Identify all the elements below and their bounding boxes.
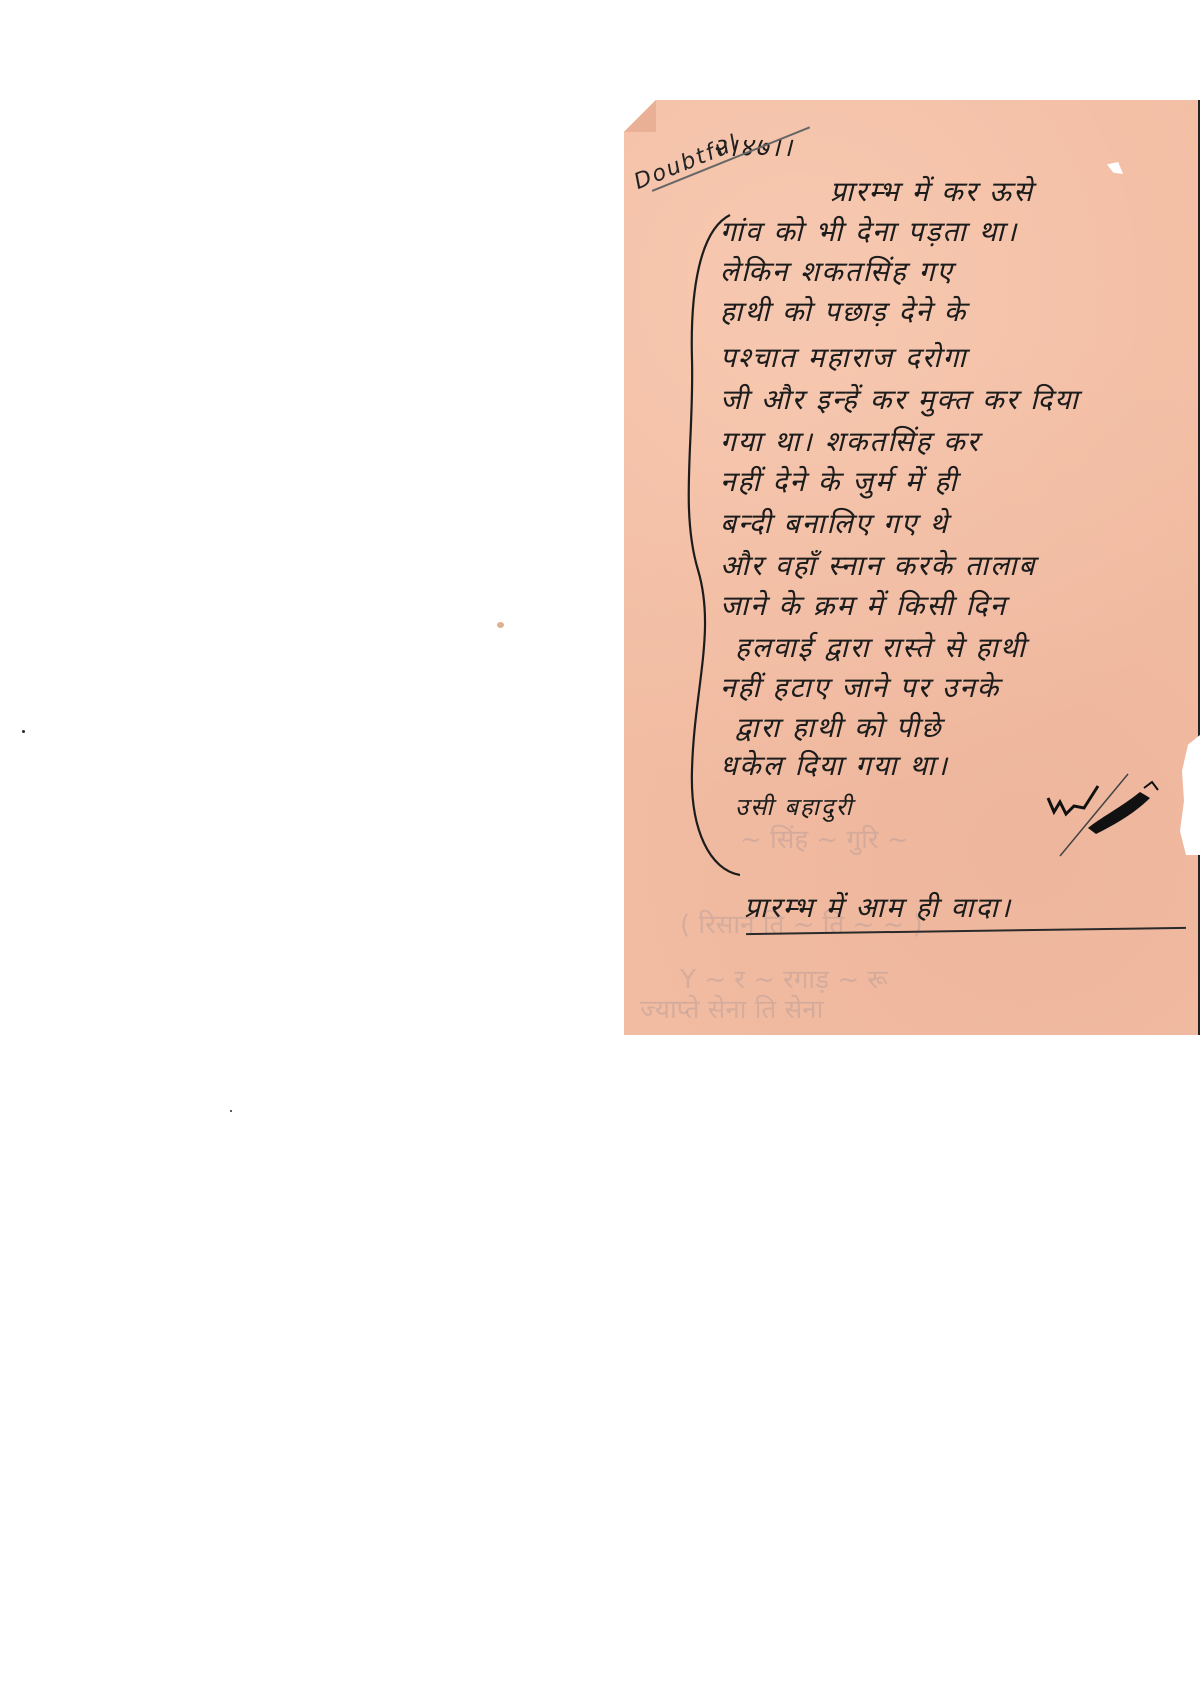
body-line: गया था। शकतसिंह कर	[720, 422, 980, 460]
body-line: लेकिन शकतसिंह गए	[720, 252, 954, 290]
body-line: उसी बहादुरी	[735, 790, 854, 823]
bleed-through-text: ~ सिंह ~ गुरि ~	[740, 820, 909, 856]
body-line: बन्दी बनालिए गए थे	[720, 504, 949, 542]
body-line: जाने के क्रम में किसी दिन	[720, 586, 1007, 624]
body-line: नहीं देने के जुर्म में ही	[720, 462, 958, 500]
closing-line: प्रारम्भ में आम ही वादा।	[744, 888, 1012, 926]
body-line: हाथी को पछाड़ देने के	[720, 292, 967, 330]
signature	[1040, 768, 1170, 858]
body-line: जी और इन्हें कर मुक्त कर दिया	[720, 380, 1080, 418]
folded-corner	[624, 100, 656, 132]
scan-speck	[22, 730, 25, 733]
body-line: पश्चात महाराज दरोगा	[720, 338, 968, 376]
scan-speck	[230, 1110, 232, 1112]
body-line: प्रारम्भ में कर ऊसे	[830, 172, 1034, 210]
body-line: और वहाँ स्नान करके तालाब	[720, 546, 1036, 584]
body-line: नहीं हटाए जाने पर उनके	[720, 668, 1000, 706]
body-line: हलवाई द्वारा रास्ते से हाथी	[735, 628, 1027, 666]
body-line: धकेल दिया गया था।	[720, 746, 949, 784]
body-line: द्वारा हाथी को पीछे	[735, 708, 943, 746]
bleed-through-text: ज्याप्ते सेना ति सेना	[640, 990, 823, 1026]
body-line: गांव को भी देना पड़ता था।	[720, 212, 1018, 250]
scan-speck	[497, 622, 504, 628]
